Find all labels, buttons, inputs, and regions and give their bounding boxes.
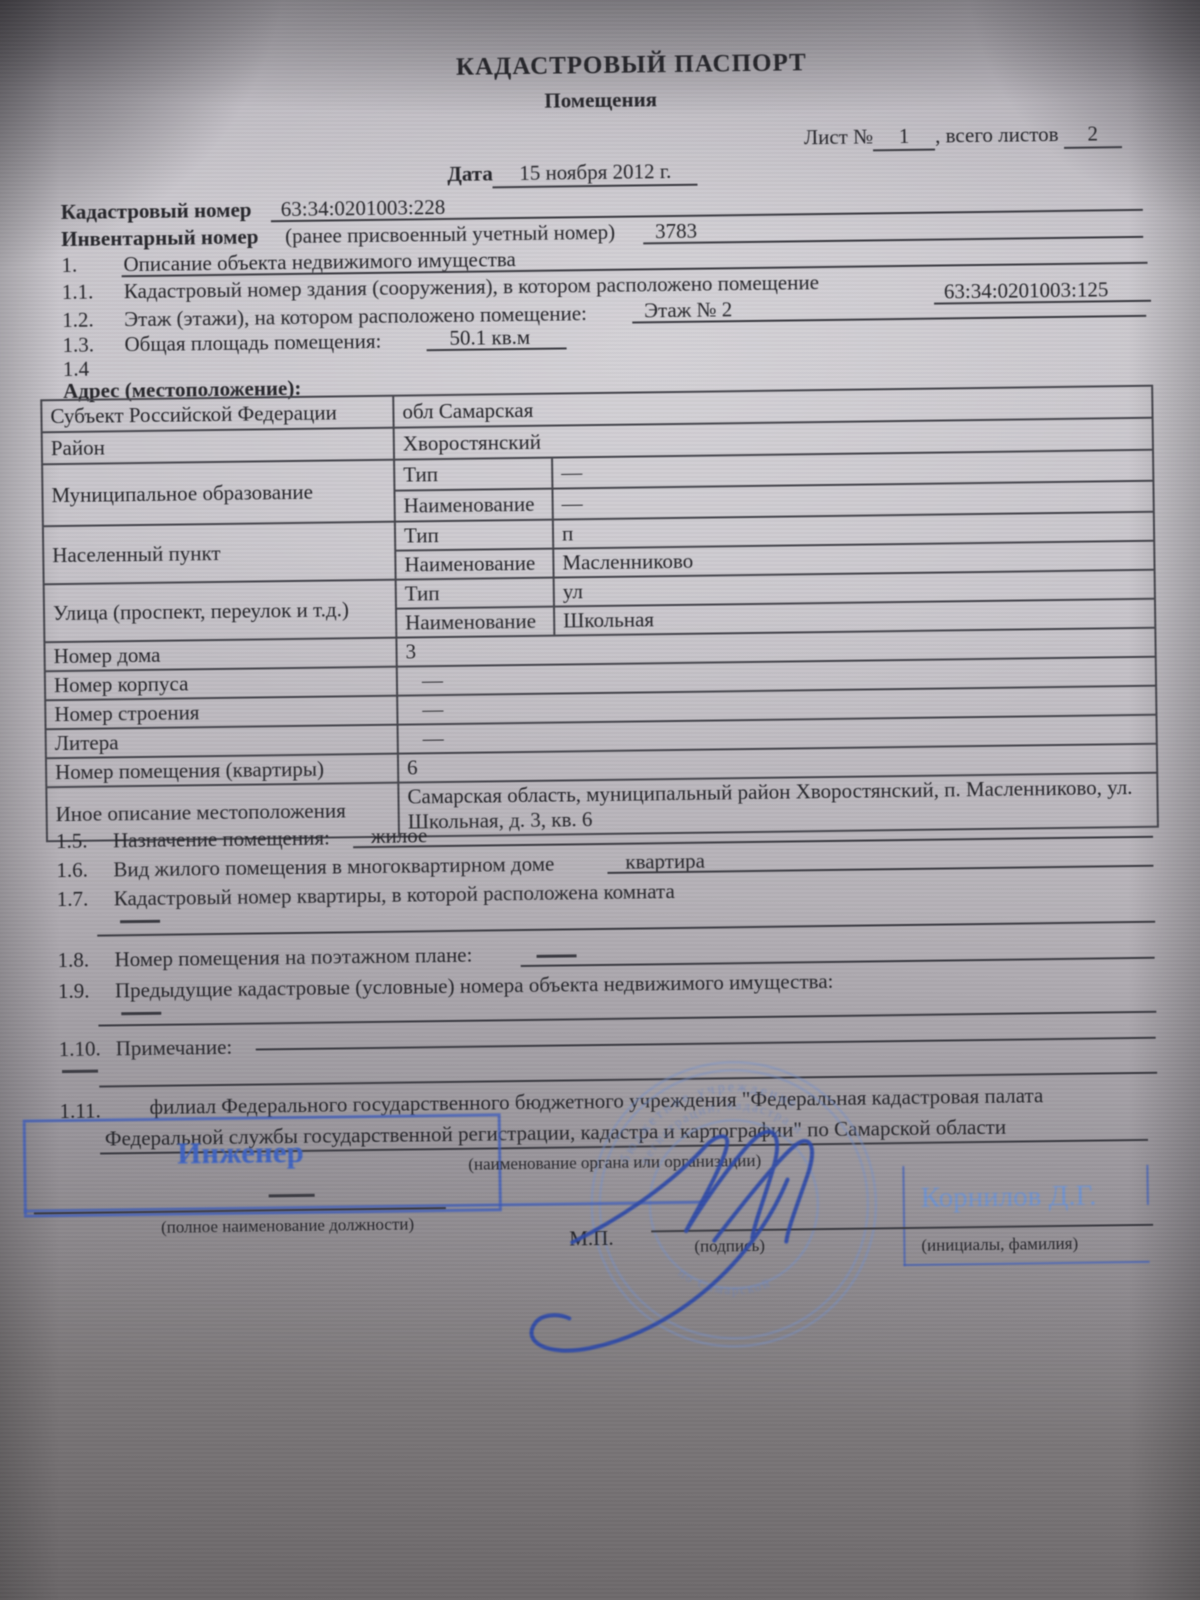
document-page: КАДАСТРОВЫЙ ПАСПОРТ Помещения Лист №1, в… xyxy=(0,0,1200,1600)
cadastral-number-label: Кадастровый номер xyxy=(61,198,252,225)
sheet-number: 1 xyxy=(873,124,935,152)
rule-line xyxy=(427,347,567,351)
rule-line xyxy=(98,1011,1156,1027)
sheet-line: Лист №1, всего листов 2 xyxy=(804,121,1122,152)
sub-key: Наименование xyxy=(394,489,552,522)
date-label: Дата xyxy=(447,161,493,186)
s1-1-num: 1.1. xyxy=(62,280,94,305)
sub-key: Тип xyxy=(394,458,552,491)
s1-3-num: 1.3. xyxy=(62,333,94,358)
s1-7-num: 1.7. xyxy=(57,887,89,912)
s1-8-text: Номер помещения на поэтажном плане: xyxy=(114,943,472,973)
name-stamp-frame-bottom xyxy=(904,1261,1150,1266)
sub-key: Наименование xyxy=(396,607,554,638)
s1-10-num: 1.10. xyxy=(59,1037,101,1063)
scanned-document-photo: КАДАСТРОВЫЙ ПАСПОРТ Помещения Лист №1, в… xyxy=(0,0,1200,1600)
rule-line xyxy=(521,957,1155,967)
row-label: Муниципальное образование xyxy=(42,460,395,527)
date-value: 15 ноября 2012 г. xyxy=(493,159,698,189)
s1-9-text: Предыдущие кадастровые (условные) номера… xyxy=(115,969,834,1003)
inventory-number-value: 3783 xyxy=(655,219,697,245)
date-line: Дата15 ноября 2012 г. xyxy=(447,159,698,189)
row-label: Номер корпуса xyxy=(45,667,397,701)
row-label: Район xyxy=(42,428,394,465)
position-caption: (полное наименование должности) xyxy=(161,1214,414,1237)
total-sheets-number: 2 xyxy=(1064,121,1122,149)
row-value: Самарская область, муниципальный район Х… xyxy=(398,773,1158,837)
empty-value-dash xyxy=(537,954,577,958)
row-label: Номер строения xyxy=(45,696,397,730)
name-stamp-frame-right xyxy=(1146,1165,1149,1205)
position-stamp-text: Инженер xyxy=(177,1134,304,1172)
s1-5-text: Назначение помещения: xyxy=(113,826,330,854)
rule-line xyxy=(256,1037,1156,1051)
short-rule-line xyxy=(269,1194,315,1198)
inventory-number-sublabel: (ранее присвоенный учетный номер) xyxy=(285,220,615,249)
s1-3-value: 50.1 кв.м xyxy=(449,325,530,351)
s1-3-text: Общая площадь помещения: xyxy=(124,329,381,357)
row-label: Населенный пункт xyxy=(43,522,396,585)
s1-6-text: Вид жилого помещения в многоквартирном д… xyxy=(113,852,554,883)
sub-key: Тип xyxy=(396,578,554,609)
rule-line xyxy=(97,921,1155,937)
s1-7-text: Кадастровый номер квартиры, в которой ра… xyxy=(114,879,675,911)
address-table: Субъект Российской Федерацииобл Самарска… xyxy=(40,385,1159,843)
row-label: Улица (проспект, переулок и т.д.) xyxy=(44,580,397,643)
sheet-label: Лист № xyxy=(804,124,874,149)
handwritten-signature xyxy=(475,1116,898,1381)
doc-subtitle: Помещения xyxy=(544,87,657,113)
s1-8-num: 1.8. xyxy=(57,948,89,973)
row-label: Субъект Российской Федерации xyxy=(41,396,393,433)
s1-5-num: 1.5. xyxy=(56,829,88,854)
s1-9-num: 1.9. xyxy=(58,979,90,1004)
s1-2-num: 1.2. xyxy=(62,308,94,333)
empty-value-dash xyxy=(121,1012,161,1016)
name-caption: (инициалы, фамилия) xyxy=(921,1234,1078,1256)
sub-key: Тип xyxy=(395,520,553,551)
row-label: Литера xyxy=(46,725,398,759)
s1-6-num: 1.6. xyxy=(56,858,88,883)
sub-key: Наименование xyxy=(395,549,553,580)
rule-line xyxy=(643,236,1143,245)
name-stamp-text: Корнилов Д.Г. xyxy=(921,1180,1097,1215)
total-sheets-label: , всего листов xyxy=(935,122,1059,148)
empty-value-dash xyxy=(120,920,160,924)
doc-title: КАДАСТРОВЫЙ ПАСПОРТ xyxy=(456,49,807,82)
rule-line xyxy=(353,836,1153,848)
inventory-number-label: Инвентарный номер xyxy=(61,224,259,252)
row-label: Номер дома xyxy=(44,638,396,672)
empty-value-dash xyxy=(62,1070,98,1073)
s1-10-text: Примечание: xyxy=(116,1035,233,1062)
row-label: Номер помещения (квартиры) xyxy=(46,754,398,788)
s1-num: 1. xyxy=(61,253,77,278)
